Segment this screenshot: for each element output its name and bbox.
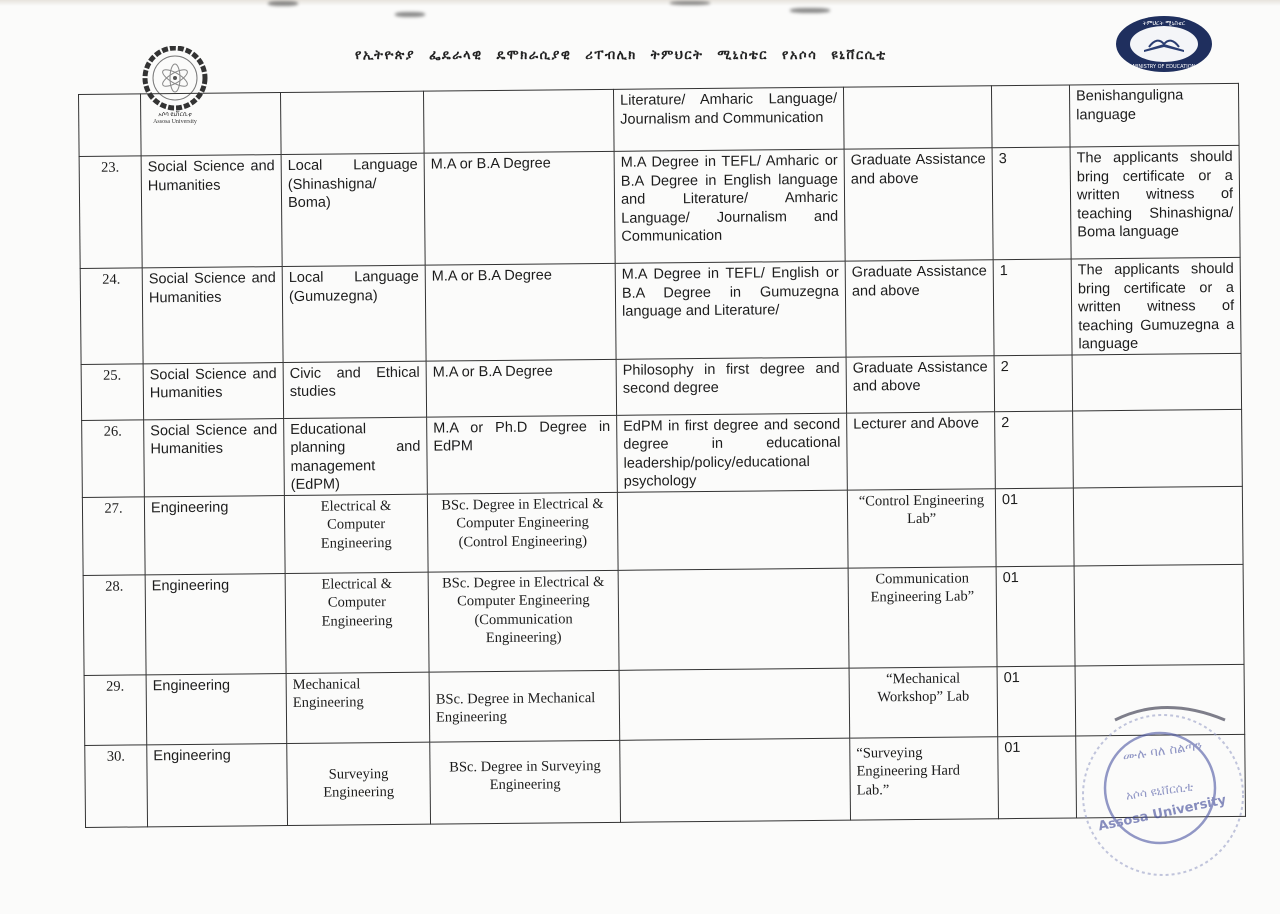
cell-number: 24. (80, 268, 143, 364)
cell-rank: Graduate Assistance and above (845, 260, 994, 357)
cell-rank: “Control Engineering Lab” (847, 488, 996, 567)
cell-field: EdPM in first degree and second degree i… (617, 413, 848, 492)
cell-quantity: 01 (996, 565, 1075, 666)
vacancy-table: Literature/ Amharic Language/ Journalism… (78, 83, 1246, 828)
cell-rank: Graduate Assistance and above (846, 355, 995, 412)
table-row: 27. Engineering Electrical & Computer En… (82, 486, 1243, 575)
cell-quantity (991, 85, 1070, 148)
cell-program: Mechanical Engineering (286, 672, 430, 743)
cell-rank: “Surveying Engineering Hard Lab.” (850, 736, 999, 819)
cell-remark (1076, 734, 1246, 818)
table-row: 30. Engineering Surveying Engineering BS… (85, 734, 1246, 827)
cell-number: 28. (83, 574, 146, 675)
svg-text:ትምህርት ሚኒስቴር: ትምህርት ሚኒስቴር (1143, 20, 1186, 27)
scan-mark (670, 1, 710, 5)
cell-degree: BSc. Degree in Electrical & Computer Eng… (427, 492, 618, 572)
cell-field: Literature/ Amharic Language/ Journalism… (613, 87, 844, 151)
cell-rank: Lecturer and Above (847, 411, 996, 489)
cell-degree: BSc. Degree in Electrical & Computer Eng… (428, 570, 619, 672)
table-row: 26. Social Science and Humanities Educat… (82, 409, 1243, 497)
cell-program: Electrical & Computer Engineering (285, 572, 429, 673)
cell-program: Electrical & Computer Engineering (284, 494, 428, 573)
cell-remark (1075, 664, 1245, 736)
cell-quantity: 2 (994, 354, 1073, 411)
cell-number: 23. (79, 156, 142, 269)
cell-program: Local Language (Gumuzegna) (282, 265, 426, 362)
table-row: 24. Social Science and Humanities Local … (80, 257, 1241, 364)
svg-text:MINISTRY OF EDUCATION: MINISTRY OF EDUCATION (1133, 64, 1196, 70)
table-row: 28. Engineering Electrical & Computer En… (83, 564, 1244, 675)
cell-degree: BSc. Degree in Surveying Engineering (430, 740, 621, 824)
cell-rank: Graduate Assistance and above (844, 148, 993, 261)
table-row-continuation: Literature/ Amharic Language/ Journalism… (79, 83, 1240, 156)
vacancy-table-container: Literature/ Amharic Language/ Journalism… (78, 83, 1246, 828)
cell-college: Social Science and Humanities (142, 267, 283, 364)
cell-field: Philosophy in first degree and second de… (616, 357, 847, 415)
scan-mark (790, 8, 830, 13)
cell-quantity: 1 (993, 259, 1072, 355)
cell-program: Educational planning and management (EdP… (284, 417, 428, 495)
document-header-title: የኢትዮጵያ ፌዴራላዊ ዴሞክራሲያዊ ሪፐብሊክ ትምህርት ሚኒስቴር የ… (355, 48, 915, 63)
cell-degree: BSc. Degree in Mechanical Engineering (429, 670, 620, 742)
cell-college: Engineering (147, 743, 288, 826)
cell-degree: M.A or B.A Degree (426, 359, 617, 417)
cell-college: Engineering (146, 673, 287, 744)
cell-program: Surveying Engineering (287, 742, 431, 825)
cell-degree: M.A or B.A Degree (425, 263, 616, 360)
cell-degree: M.A or Ph.D Degree in EdPM (427, 415, 618, 494)
cell-remark: Benishanguligna language (1069, 83, 1239, 147)
cell-remark (1074, 564, 1244, 666)
cell-field: M.A Degree in TEFL/ English or B.A Degre… (615, 261, 846, 359)
cell-rank: Communication Engineering Lab” (848, 566, 997, 667)
cell-field (617, 490, 848, 570)
table-row: 29. Engineering Mechanical Engineering B… (84, 664, 1245, 745)
cell-remark: The applicants should bring certificate … (1070, 145, 1240, 259)
cell-program: Civic and Ethical studies (283, 361, 427, 418)
cell-remark (1073, 486, 1243, 566)
scan-mark (395, 12, 425, 17)
cell-remark (1072, 353, 1242, 411)
cell-quantity: 3 (992, 147, 1071, 260)
cell-college (141, 93, 282, 156)
table-row: 23. Social Science and Humanities Local … (79, 145, 1240, 268)
cell-quantity: 01 (997, 665, 1076, 736)
cell-college: Social Science and Humanities (143, 362, 284, 419)
cell-number: 26. (82, 419, 145, 497)
cell-rank (843, 86, 992, 149)
cell-remark: The applicants should bring certificate … (1071, 257, 1241, 354)
ministry-of-education-seal-icon: ትምህርት ሚኒስቴር MINISTRY OF EDUCATION (1113, 14, 1215, 74)
cell-program (280, 91, 424, 154)
cell-program: Local Language (Shinashigna/ Boma) (281, 153, 425, 266)
cell-number (79, 94, 142, 157)
cell-rank: “Mechanical Workshop” Lab (849, 666, 998, 737)
cell-field (619, 668, 850, 740)
cell-college: Engineering (144, 495, 285, 574)
cell-number: 29. (84, 674, 147, 745)
cell-degree (423, 89, 614, 153)
cell-number: 30. (85, 744, 148, 827)
cell-college: Social Science and Humanities (144, 418, 285, 496)
cell-quantity: 01 (998, 735, 1077, 818)
cell-field (620, 738, 851, 822)
cell-number: 25. (81, 363, 144, 420)
cell-quantity: 01 (995, 487, 1074, 566)
cell-degree: M.A or B.A Degree (424, 151, 615, 265)
scan-mark (268, 1, 298, 6)
scan-top-edge (0, 0, 1280, 6)
cell-college: Social Science and Humanities (141, 155, 282, 268)
cell-field (618, 568, 849, 670)
cell-remark (1073, 409, 1243, 488)
cell-field: M.A Degree in TEFL/ Amharic or B.A Degre… (614, 149, 845, 263)
cell-number: 27. (82, 496, 145, 575)
cell-quantity: 2 (995, 410, 1074, 488)
cell-college: Engineering (145, 573, 286, 674)
